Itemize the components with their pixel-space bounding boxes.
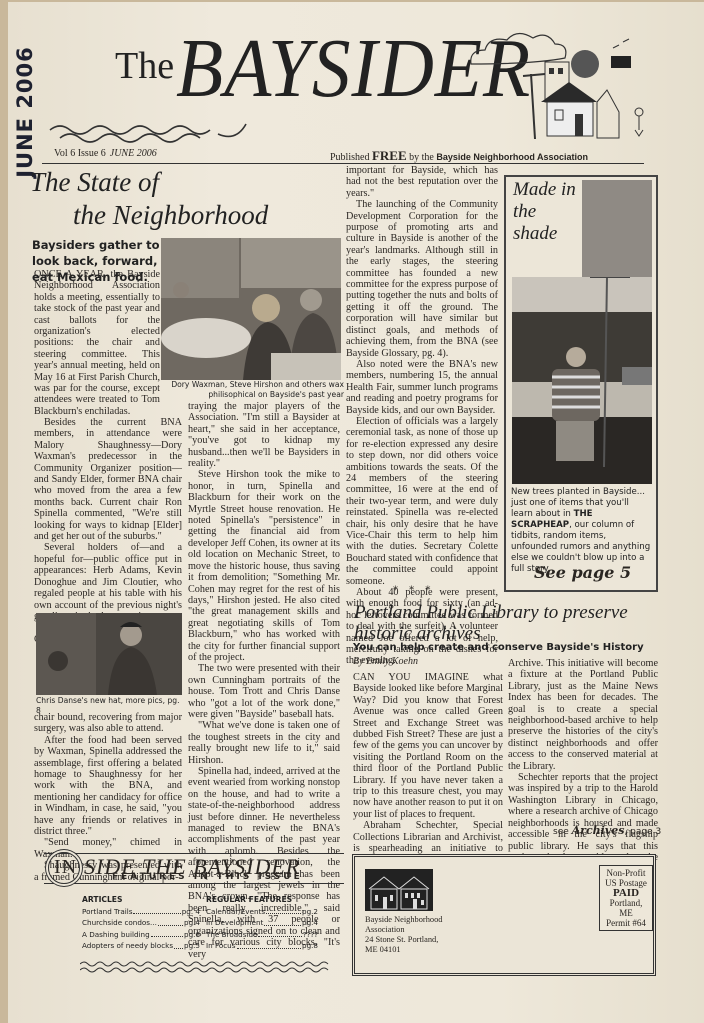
paragraph: important for Bayside, which has had not… [346,165,498,199]
paragraph: The two were presented with their own Cu… [188,663,340,720]
paragraph: traying the major players of the Associa… [188,401,340,469]
toc-item[interactable]: The Broadside???? [206,929,318,941]
paragraph: Archive. This initiative will become a f… [508,658,658,772]
mailing-panel: Bayside Neighborhood Association 24 Ston… [352,854,656,976]
section-separator: * * * [393,585,434,596]
masthead-the: The [115,44,174,88]
scrapheap-sidebar: Made in the shade New trees plan [504,175,658,592]
lead-headline-line2: the Neighborhood [73,200,268,230]
inside-subtitle: FEATURES IN THIS ISSUE [112,872,303,882]
toc-item[interactable]: Calendar/Eventspg.2 [206,906,318,918]
toc-regular-features: REGULAR FEATURES Calendar/Eventspg.2 In … [206,894,318,952]
tree-planting-photo [512,277,652,484]
wave-ornament-icon [48,120,258,146]
library-headline: Portland Public Library to preserve hist… [354,602,654,644]
library-subhead: You can help create and conserve Bayside… [353,642,644,654]
inside-features-box: IN SIDE THE BAYSIDER FEATURES IN THIS IS… [44,850,344,1015]
sidebar-title: Made in the shade [513,179,583,245]
lead-headline-line1: The State of [30,167,159,197]
library-story-col2: Archive. This initiative will become a f… [508,658,658,875]
lead-story-col1-mid: Besides the current BNA members, in atte… [34,417,182,645]
toc-item[interactable]: Adopters of needy blockspg.5 [82,940,200,952]
paragraph: Also noted were the BNA's new members, n… [346,359,498,416]
meeting-photo-caption: Dory Waxman, Steve Hirshon and others wa… [164,380,344,399]
library-story-col1: CAN YOU IMAGINE what Bayside looked like… [353,672,503,866]
toc-item[interactable]: A Dashing buildingpg.6 [82,929,200,941]
toc-item[interactable]: In Focuspg.8 [206,940,318,952]
issue-info: Vol 6 Issue 6JUNE 2006 [54,148,157,159]
paragraph: Several holders of—and a hopeful for—pub… [34,542,182,622]
inside-title-in: IN [54,856,77,879]
paragraph: After the food had been served by Waxman… [34,735,182,838]
archives-jump-link[interactable]: see Archives, page 3 [553,824,661,837]
toc-features-header: REGULAR FEATURES [206,894,318,906]
bna-house-logo-icon [365,869,433,911]
paragraph: Steve Hirshon took the mike to honor, in… [188,469,340,663]
toc-item[interactable]: Churchside condos...pg.4 [82,917,200,929]
paragraph: ONCE A YEAR, the Bayside Neighborhood As… [34,269,160,417]
publisher-line: Published FREE by the Bayside Neighborho… [330,148,588,164]
neighborhood-illustration-icon [463,24,653,149]
masthead-rule [42,163,644,164]
postage-indicia: Non-Profit US Postage PAID Portland, ME … [599,865,653,931]
toc-item[interactable]: Portland Trailspg. 4 [82,906,200,918]
paragraph: Election of officials was a largely cere… [346,416,498,587]
chris-danse-photo [36,613,182,695]
toc-item[interactable]: In Developmentpg.4 [206,917,318,929]
return-address: Bayside Neighborhood Association 24 Ston… [365,915,442,955]
sidebar-see-page-link[interactable]: See page 5 [534,563,631,582]
toc-articles-header: ARTICLES [82,894,200,906]
newspaper-page: JUNE 2006 The BAYSIDER Vol 6 Issue 6JUNE… [8,2,704,1023]
lead-story-col1-top: ONCE A YEAR, the Bayside Neighborhood As… [34,269,160,417]
paragraph: Besides the current BNA members, in atte… [34,417,182,542]
meeting-photo [161,238,341,380]
toc-articles: ARTICLES Portland Trailspg. 4 Churchside… [82,894,200,952]
library-byline: By Emily Koehn [353,656,418,667]
paragraph: "What we've done is taken one of the tou… [188,720,340,766]
sidebar-caption: New trees planted in Bayside... just one… [511,487,653,575]
paragraph: chair bound, recovering from major surge… [34,712,182,735]
wave-divider-icon [80,960,330,974]
paragraph: The launching of the Community Developme… [346,199,498,359]
paragraph: CAN YOU IMAGINE what Bayside looked like… [353,672,503,820]
sidebar-sky-photo [582,180,652,280]
